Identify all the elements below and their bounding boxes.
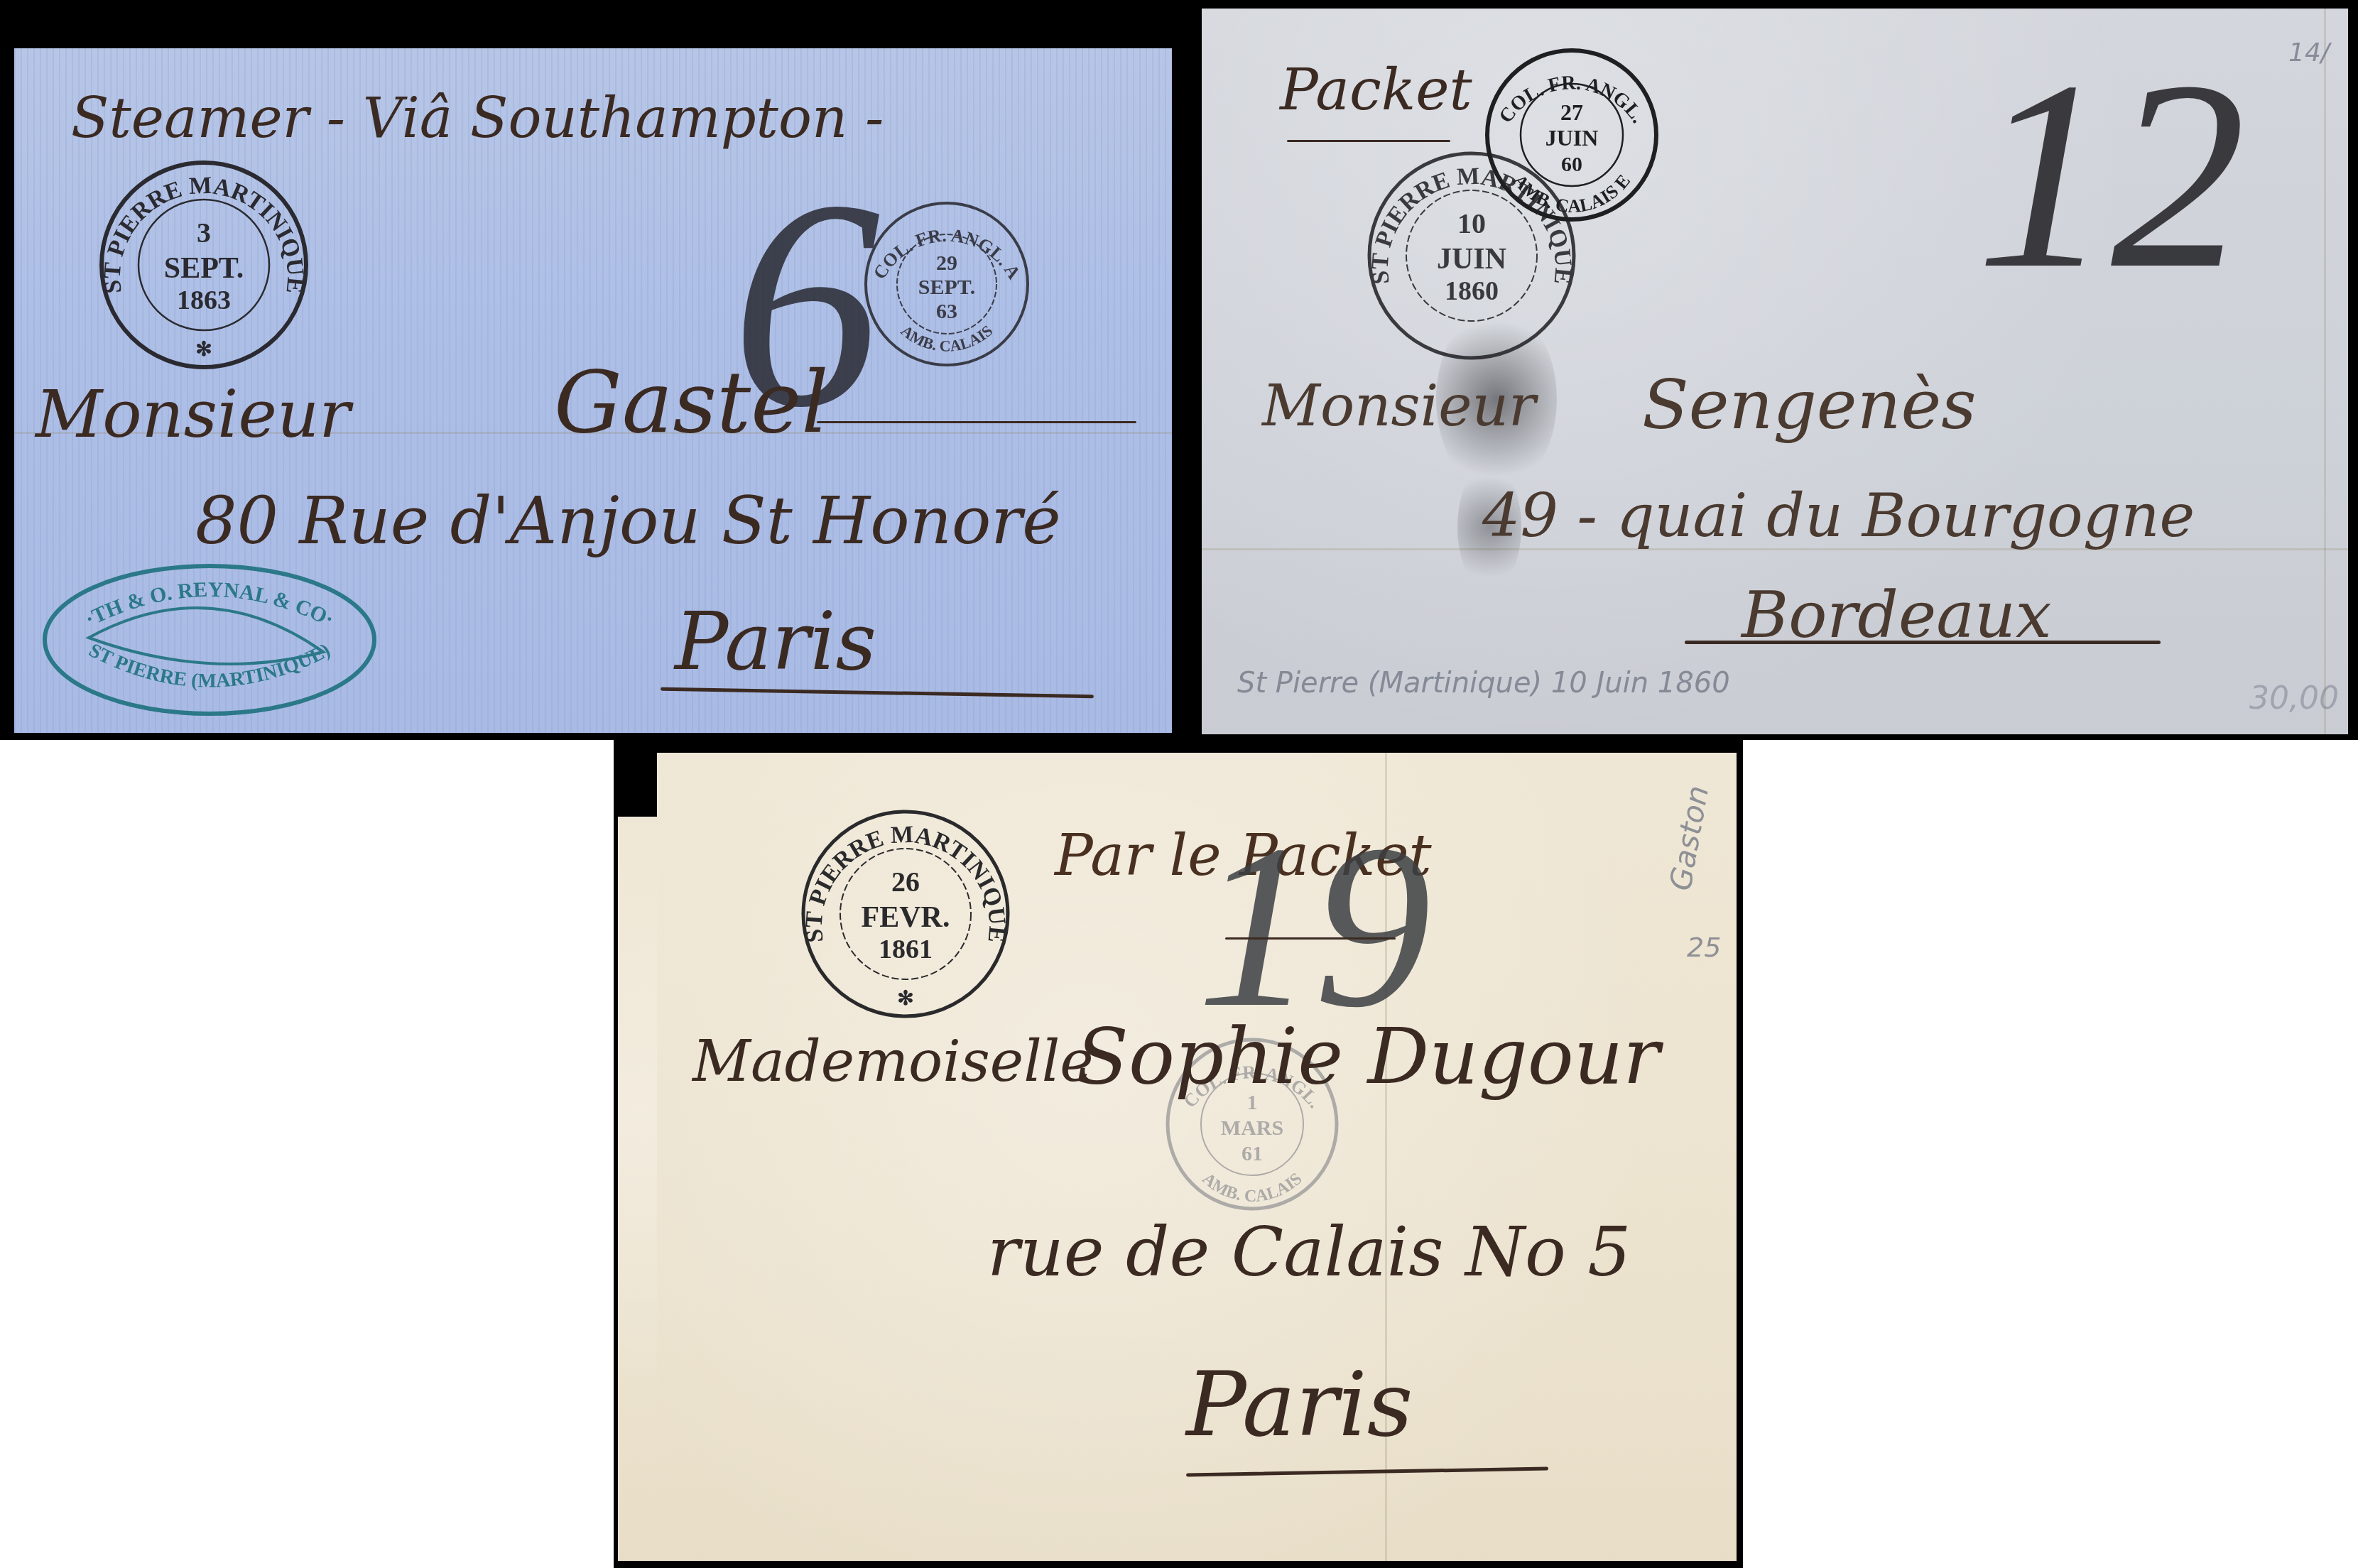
svg-text:29: 29 [936, 251, 957, 275]
svg-text:SEPT.: SEPT. [918, 276, 975, 299]
addressee-salutation: Monsieur [36, 382, 350, 447]
star-ornament-icon: ✻ [195, 339, 212, 361]
addressee-salutation: Monsieur [1262, 378, 1536, 435]
pencil-price: 30,00 F [2249, 683, 2348, 714]
cover-cream-1861: ST PIERRE MARTINIQUE 26 FEVR. 1861 ✻ Par… [657, 753, 1737, 1561]
svg-text:10: 10 [1457, 207, 1486, 239]
svg-text:27: 27 [1560, 99, 1583, 125]
pencil-caption: St Pierre (Martinique) 10 Juin 1860 [1237, 669, 1730, 697]
star-ornament-icon: ✻ [897, 988, 913, 1010]
entry-postmark: COL. FR. ANGL. AMB. CALAIS E 27 JUIN 60 [1483, 46, 1661, 224]
entry-postmark: COL. FR. ANGL. A AMB. CALAIS 29 SEPT. 63 [862, 199, 1032, 369]
city-underline [1186, 1467, 1548, 1477]
svg-text:AMB. CALAIS: AMB. CALAIS [898, 322, 996, 355]
addressee-name: Sophie Dugour [1076, 1019, 1660, 1096]
origin-day: 3 [197, 217, 211, 249]
svg-text:MARS: MARS [1221, 1116, 1283, 1140]
route-underline [1225, 937, 1396, 940]
origin-postmark: ST PIERRE MARTINIQUE 3 SEPT. 1863 ✻ [97, 158, 310, 371]
addressee-name: Gastel [554, 361, 829, 446]
cover-blue-1863: Steamer - Viâ Southampton - ST PIERRE MA… [14, 48, 1172, 733]
addressee-street: 80 Rue d'Anjou St Honoré [195, 489, 1061, 554]
origin-year: 1863 [177, 285, 231, 315]
tax-mark: 19 [1197, 810, 1431, 1044]
name-flourish [817, 421, 1136, 423]
addressee-name: Sengenès [1642, 371, 1977, 439]
svg-text:61: 61 [1242, 1142, 1263, 1165]
svg-text:63: 63 [936, 300, 957, 323]
origin-postmark: ST PIERRE MARTINIQUE 26 FEVR. 1861 ✻ [799, 807, 1012, 1020]
city-underline [661, 687, 1094, 699]
pencil-side-note: Gaston [1666, 783, 1713, 893]
svg-text:JUIN: JUIN [1545, 125, 1599, 151]
svg-text:26: 26 [891, 866, 920, 898]
addressee-salutation: Mademoiselle [692, 1033, 1094, 1090]
origin-month: SEPT. [164, 252, 244, 285]
cover-grey-1860: Packet ST PIERRE MARTINIQUE 10 JUIN 1860… [1202, 9, 2348, 734]
route-underline [1287, 140, 1450, 142]
fold-line [2324, 9, 2326, 734]
svg-text:FEVR.: FEVR. [862, 901, 950, 934]
tax-mark: 12 [1976, 40, 2246, 310]
addressee-street: 49 - quai du Bourgogne [1482, 486, 2195, 545]
addressee-city: Bordeaux [1742, 584, 2052, 648]
route-endorsement: Packet [1280, 62, 1472, 119]
company-cachet: ·TH & O. REYNAL & CO· ST PIERRE (MARTINI… [39, 561, 380, 719]
city-underline [1685, 641, 2161, 644]
pencil-number: 25 [1687, 934, 1721, 961]
addressee-city: Paris [1186, 1360, 1413, 1449]
svg-text:1861: 1861 [879, 935, 933, 964]
addressee-street: rue de Calais No 5 [987, 1218, 1631, 1286]
svg-text:60: 60 [1561, 153, 1582, 176]
pencil-corner-note: 14/ [2288, 40, 2330, 66]
svg-text:JUIN: JUIN [1437, 243, 1506, 276]
svg-text:1860: 1860 [1445, 276, 1499, 306]
addressee-city: Paris [675, 602, 876, 682]
